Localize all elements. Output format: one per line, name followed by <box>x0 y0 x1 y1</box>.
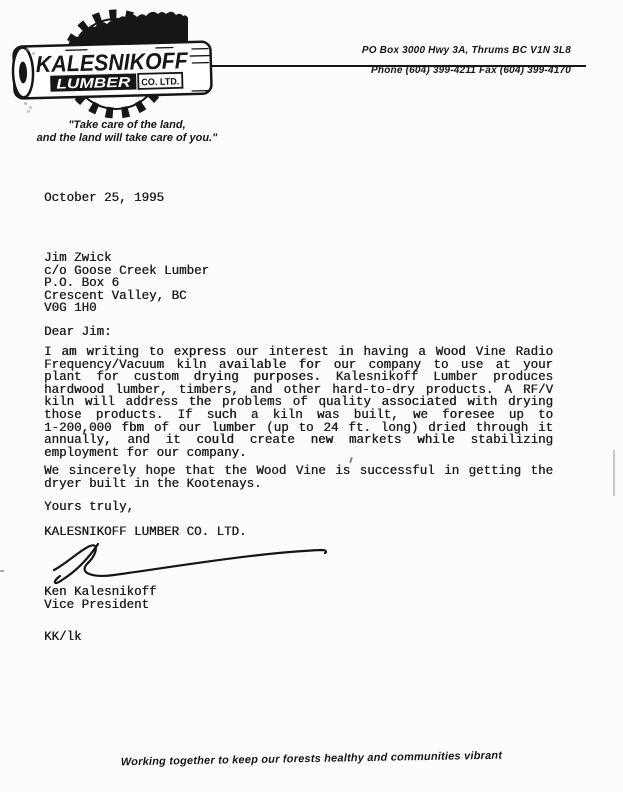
handwritten-signature <box>50 541 335 587</box>
signer-name-title: Ken Kalesnikoff Vice President <box>44 586 157 611</box>
closing-salutation: Yours truly, <box>44 501 134 514</box>
log: KALESNIKOFF LUMBER CO. LTD. <box>12 42 211 99</box>
body-paragraph-2: We sincerely hope that the Wood Vine is … <box>44 465 553 490</box>
recipient-address: Jim Zwick c/o Goose Creek Lumber P.O. Bo… <box>44 252 209 315</box>
typist-reference: KK/lk <box>44 631 82 644</box>
company-logo: KALESNIKOFF LUMBER CO. LTD. <box>6 4 226 126</box>
scan-artifact <box>613 450 615 496</box>
salutation: Dear Jim: <box>44 326 112 339</box>
letterhead-contact: PO Box 3000 Hwy 3A, Thrums BC V1N 3L8 Ph… <box>251 45 571 76</box>
tagline-line2: and the land will take care of you." <box>22 132 232 145</box>
company-tagline: "Take care of the land, and the land wil… <box>22 119 232 145</box>
scan-artifact <box>0 570 4 572</box>
company-name-line: KALESNIKOFF LUMBER CO. LTD. <box>44 526 247 539</box>
tagline-line1: "Take care of the land, <box>22 119 232 132</box>
footer-slogan: Working together to keep our forests hea… <box>0 748 623 771</box>
letterhead-address: PO Box 3000 Hwy 3A, Thrums BC V1N 3L8 <box>251 45 571 56</box>
logo-suffix-text: CO. LTD. <box>141 76 179 88</box>
letter-date: October 25, 1995 <box>44 192 164 205</box>
letterhead-rule <box>212 65 586 67</box>
body-paragraph-1: I am writing to express our interest in … <box>44 346 553 459</box>
letter-page: KALESNIKOFF LUMBER CO. LTD. PO Box 3000 … <box>0 0 623 792</box>
logo-banner-text: LUMBER <box>56 74 131 92</box>
